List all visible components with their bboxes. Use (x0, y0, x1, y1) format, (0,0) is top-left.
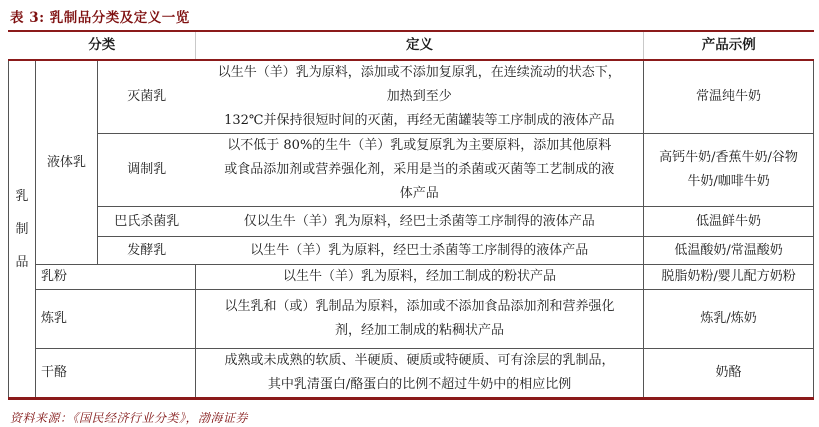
example-cheese: 奶酪 (644, 349, 814, 399)
category-cheese: 干酪 (36, 349, 196, 399)
definition-cheese: 成熟或未成熟的软质、半硬质、硬质或特硬质、可有涂层的乳制品， 其中乳清蛋白/酪蛋… (196, 349, 644, 399)
table-row: 发酵乳 以生牛（羊）乳为原料，经巴士杀菌等工序制得的液体产品 低温酸奶/常温酸奶 (9, 237, 814, 265)
example-milk-powder: 脱脂奶粉/婴儿配方奶粉 (644, 265, 814, 290)
col-header-examples: 产品示例 (644, 32, 814, 60)
definition-fermented-milk: 以生牛（羊）乳为原料，经巴士杀菌等工序制得的液体产品 (196, 237, 644, 265)
report-page: 表 3: 乳制品分类及定义一览 分类 定义 产品示例 乳制品 液体乳 灭菌乳 以… (0, 0, 819, 427)
example-pasteurized-milk: 低温鲜牛奶 (644, 207, 814, 237)
table-row: 炼乳 以生乳和（或）乳制品为原料，添加或不添加食品添加剂和营养强化 剂，经加工制… (9, 290, 814, 349)
table-row: 乳制品 液体乳 灭菌乳 以生牛（羊）乳为原料，添加或不添加复原乳，在连续流动的状… (9, 60, 814, 134)
col-header-definition: 定义 (196, 32, 644, 60)
category-condensed-milk: 炼乳 (36, 290, 196, 349)
table-row: 干酪 成熟或未成熟的软质、半硬质、硬质或特硬质、可有涂层的乳制品， 其中乳清蛋白… (9, 349, 814, 399)
definition-milk-powder: 以生牛（羊）乳为原料，经加工制成的粉状产品 (196, 265, 644, 290)
subtype-pasteurized-milk: 巴氏杀菌乳 (98, 207, 196, 237)
example-modified-milk: 高钙牛奶/香蕉牛奶/谷物 牛奶/咖啡牛奶 (644, 134, 814, 207)
definition-sterilized-milk: 以生牛（羊）乳为原料，添加或不添加复原乳，在连续流动的状态下， 加热到至少 13… (196, 60, 644, 134)
dairy-classification-table: 分类 定义 产品示例 乳制品 液体乳 灭菌乳 以生牛（羊）乳为原料，添加或不添加… (8, 32, 814, 400)
header-row: 分类 定义 产品示例 (9, 32, 814, 60)
category-milk-powder: 乳粉 (36, 265, 196, 290)
example-sterilized-milk: 常温纯牛奶 (644, 60, 814, 134)
example-fermented-milk: 低温酸奶/常温酸奶 (644, 237, 814, 265)
definition-modified-milk: 以不低于 80%的生牛（羊）乳或复原乳为主要原料，添加其他原料 或食品添加剂或营… (196, 134, 644, 207)
example-condensed-milk: 炼乳/炼奶 (644, 290, 814, 349)
table-row: 乳粉 以生牛（羊）乳为原料，经加工制成的粉状产品 脱脂奶粉/婴儿配方奶粉 (9, 265, 814, 290)
category-dairy-products: 乳制品 (9, 60, 36, 399)
category-liquid-milk: 液体乳 (36, 60, 98, 265)
table-title: 表 3: 乳制品分类及定义一览 (10, 6, 819, 26)
definition-condensed-milk: 以生乳和（或）乳制品为原料，添加或不添加食品添加剂和营养强化 剂，经加工制成的粘… (196, 290, 644, 349)
table-row: 巴氏杀菌乳 仅以生牛（羊）乳为原料，经巴士杀菌等工序制得的液体产品 低温鲜牛奶 (9, 207, 814, 237)
definition-pasteurized-milk: 仅以生牛（羊）乳为原料，经巴士杀菌等工序制得的液体产品 (196, 207, 644, 237)
source-note: 资料来源：《国民经济行业分类》，渤海证券 (10, 409, 819, 426)
table-row: 调制乳 以不低于 80%的生牛（羊）乳或复原乳为主要原料，添加其他原料 或食品添… (9, 134, 814, 207)
col-header-classification: 分类 (9, 32, 196, 60)
subtype-sterilized-milk: 灭菌乳 (98, 60, 196, 134)
subtype-fermented-milk: 发酵乳 (98, 237, 196, 265)
subtype-modified-milk: 调制乳 (98, 134, 196, 207)
